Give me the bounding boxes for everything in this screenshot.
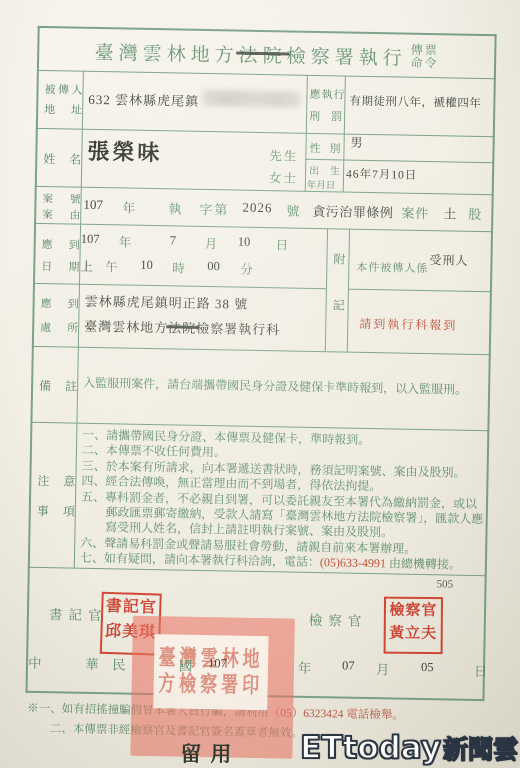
report-hour-value: 10 [140, 258, 153, 273]
era-char-3: 民 [112, 653, 126, 673]
case-label-bottom: 案 由 [42, 207, 80, 223]
case-cause-value: 貪污治罪條例 [312, 201, 393, 221]
case-year-unit: 年 [122, 197, 135, 216]
border-row5-bottom [32, 346, 491, 356]
annex-red-stamp-note: 請到執行科報到 [359, 315, 457, 334]
report-wu-label: 午 [105, 257, 118, 275]
penalty-value: 有期徒刑八年，褫權四年 [349, 93, 481, 111]
report-month-value: 7 [170, 233, 177, 248]
annex-note-value: 受刑人 [429, 251, 468, 269]
name-label: 姓 名 [43, 150, 81, 168]
title-stack: 傳票 命令 [410, 44, 438, 71]
form-number: 505 [436, 578, 453, 590]
case-anjian-label: 案件 [401, 203, 429, 223]
era-char-4: 國 [179, 655, 193, 675]
remark-label: 備 註 [39, 377, 77, 395]
prosecutor-label: 檢察官 [309, 609, 368, 630]
case-gu-label: 股 [468, 204, 481, 223]
annex-note-prefix: 本件被傳人係 [356, 259, 428, 276]
case-zidi-label: 字第 [199, 199, 229, 219]
title-suffix: 檢察署執行 [286, 41, 406, 70]
annex-label-bottom: 記 [333, 296, 345, 313]
issue-month-unit: 月 [376, 658, 390, 678]
summons-document-photo: 臺灣雲林地方 法院 檢察署執行 傳票 命令 被傳人 地 址 632 雲林縣虎尾鎮… [0, 0, 520, 768]
notice-label-top: 注 意 [37, 472, 75, 490]
notice-item-7-phone: (05)633-4991 [320, 555, 386, 570]
redacted-address-blur [202, 90, 300, 108]
report-date-label-top: 應 到 [42, 236, 80, 253]
gender-label: 性 別 [309, 140, 340, 157]
case-division-value: 土 [443, 203, 456, 222]
issue-year-unit: 年 [298, 657, 312, 677]
birth-label-top: 出 生 [309, 162, 340, 178]
border-row3-bottom [34, 223, 493, 233]
report-place-line1: 雲林縣虎尾鎮明正路 38 號 [85, 291, 249, 313]
penalty-label-bottom: 刑 罰 [309, 108, 342, 125]
remark-text: 入監服刑案件，請台端攜帶國民身分證及健保卡準時報到，以入監服刑。 [83, 375, 485, 399]
ettoday-brand-text: ETtoday [300, 730, 441, 766]
border-annex-col-right [347, 229, 351, 352]
prosecutor-seal-name: 黃立夫 [386, 623, 441, 645]
report-place-line2-prefix: 臺灣雲林地方 [84, 319, 168, 336]
ettoday-watermark-logo: ETtoday 新聞雲 [300, 730, 518, 766]
report-year-value: 107 [81, 232, 100, 247]
birth-value: 46年7月10日 [346, 166, 418, 183]
border-annex-divider [348, 289, 491, 293]
report-ampm-value: 上 [80, 257, 93, 275]
summoned-label-top: 被傳人 [44, 81, 82, 98]
case-label-top: 案 號 [42, 191, 80, 207]
report-place-label-bottom: 處 所 [40, 319, 78, 336]
paper-sheet: 臺灣雲林地方 法院 檢察署執行 傳票 命令 被傳人 地 址 632 雲林縣虎尾鎮… [0, 0, 520, 768]
report-minute-unit: 分 [240, 260, 253, 278]
era-char-2: 華 [85, 653, 99, 673]
issue-year-value: 107 [208, 656, 227, 671]
birth-label-bottom: 年月日 [307, 177, 336, 192]
honorific-mister: 先生 [269, 146, 298, 165]
annex-label-top: 附 [333, 250, 345, 267]
honorific-ms: 女士 [269, 168, 298, 187]
border-box-left [25, 26, 39, 693]
case-number-value: 2026 [242, 200, 272, 217]
notice-item-7-prefix: 七、如有疑問，請向本署執行科洽詢，電話： [80, 551, 320, 569]
report-place-label-top: 應 到 [40, 295, 78, 312]
clerk-label: 書記官 [49, 603, 108, 624]
report-hour-unit: 時 [172, 258, 185, 276]
report-minute-value: 00 [207, 259, 220, 274]
case-year-value: 107 [83, 197, 103, 213]
era-char-1: 中 [28, 652, 42, 672]
issue-month-value: 07 [342, 659, 355, 674]
gender-value: 男 [350, 134, 362, 151]
official-seal-script-line2: 方檢察署印 [158, 671, 263, 699]
notice-items-list: 一、請攜帶國民身分證、本傳票及健保卡，準時報到。 二、本傳票不收任何費用。 三、… [80, 428, 486, 574]
ettoday-suffix-text: 新聞雲 [443, 730, 518, 766]
report-day-unit: 日 [276, 235, 289, 253]
report-month-unit: 月 [205, 234, 218, 252]
notice-item-5: 五、專科罰金者，不必親自到署，可以委託親友至本署代為繳納罰金，或以郵政匯票郵寄繳… [80, 489, 485, 543]
report-place-line2-struck-court: 法院 [168, 317, 196, 337]
report-year-unit: 年 [119, 232, 132, 250]
notice-label-bottom: 事 項 [37, 502, 75, 520]
issue-day-unit: 日 [474, 660, 488, 680]
title-prefix: 臺灣雲林地方 [94, 37, 238, 67]
border-date-place-divider [33, 283, 327, 290]
summoned-name-value: 張榮味 [87, 135, 163, 167]
report-place-line2: 臺灣雲林地方法院檢察署執行科 [84, 316, 280, 339]
notice-item-7-suffix: 由總機轉接。 [389, 557, 461, 572]
title-stack-order: 命令 [410, 57, 438, 71]
border-box-right [482, 34, 496, 701]
border-annex-col-left [325, 228, 329, 351]
title-struck-court: 法院 [238, 40, 287, 68]
border-row2-bottom [35, 186, 494, 196]
case-hao-label: 號 [286, 200, 299, 219]
report-day-value: 10 [238, 235, 251, 250]
report-place-line2-suffix: 檢察署執行科 [196, 321, 280, 338]
prosecutor-seal-stamp: 檢察官 黃立夫 [384, 597, 443, 654]
report-date-label-bottom: 日 期 [41, 258, 79, 275]
official-seal-inner-square: 臺灣雲林地 方檢察署印 [153, 634, 268, 710]
retain-stamp: 留用 [180, 738, 240, 768]
issue-day-value: 05 [421, 660, 434, 675]
prosecutor-seal-title: 檢察官 [386, 599, 441, 623]
summoned-address-value: 632 雲林縣虎尾鎮 [88, 89, 199, 110]
summoned-label-bottom: 地 址 [44, 101, 82, 118]
case-zhi-label: 執 [168, 198, 181, 217]
penalty-label-top: 應執行 [309, 86, 345, 103]
official-seal-script: 臺灣雲林地 方檢察署印 [153, 623, 269, 721]
